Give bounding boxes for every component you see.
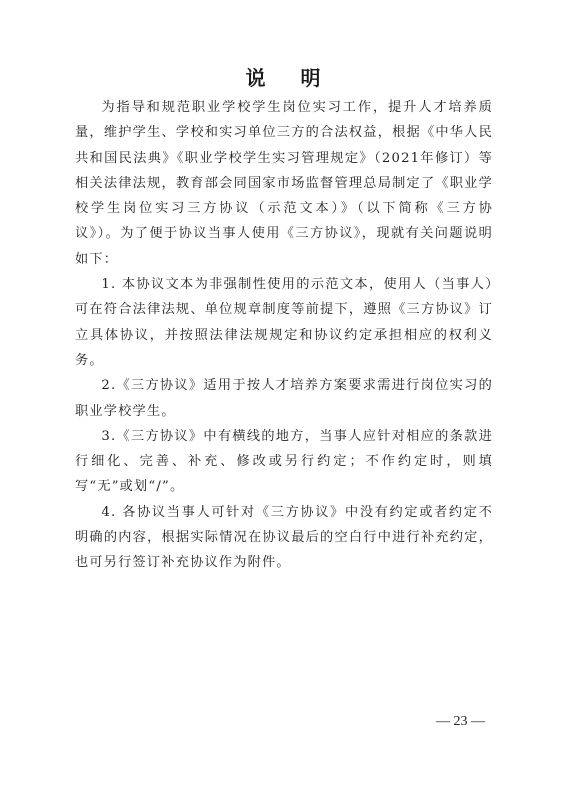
item-4-paragraph: 4. 各协议当事人可针对《三方协议》中没有约定或者约定不明确的内容，根据实际情况… <box>75 500 493 576</box>
item-2-paragraph: 2.《三方协议》适用于按人才培养方案要求需进行岗位实习的职业学校学生。 <box>75 373 493 424</box>
page-title: 说 明 <box>0 64 566 92</box>
document-page: 说 明 为指导和规范职业学校学生岗位实习工作，提升人才培养质量，维护学生、学校和… <box>0 0 566 800</box>
intro-paragraph: 为指导和规范职业学校学生岗位实习工作，提升人才培养质量，维护学生、学校和实习单位… <box>75 95 493 272</box>
item-1-paragraph: 1. 本协议文本为非强制性使用的示范文本，使用人（当事人）可在符合法律法规、单位… <box>75 272 493 373</box>
page-number: — 23 — <box>436 714 485 730</box>
document-body: 为指导和规范职业学校学生岗位实习工作，提升人才培养质量，维护学生、学校和实习单位… <box>75 95 493 576</box>
item-3-paragraph: 3.《三方协议》中有横线的地方，当事人应针对相应的条款进行细化、完善、补充、修改… <box>75 424 493 500</box>
